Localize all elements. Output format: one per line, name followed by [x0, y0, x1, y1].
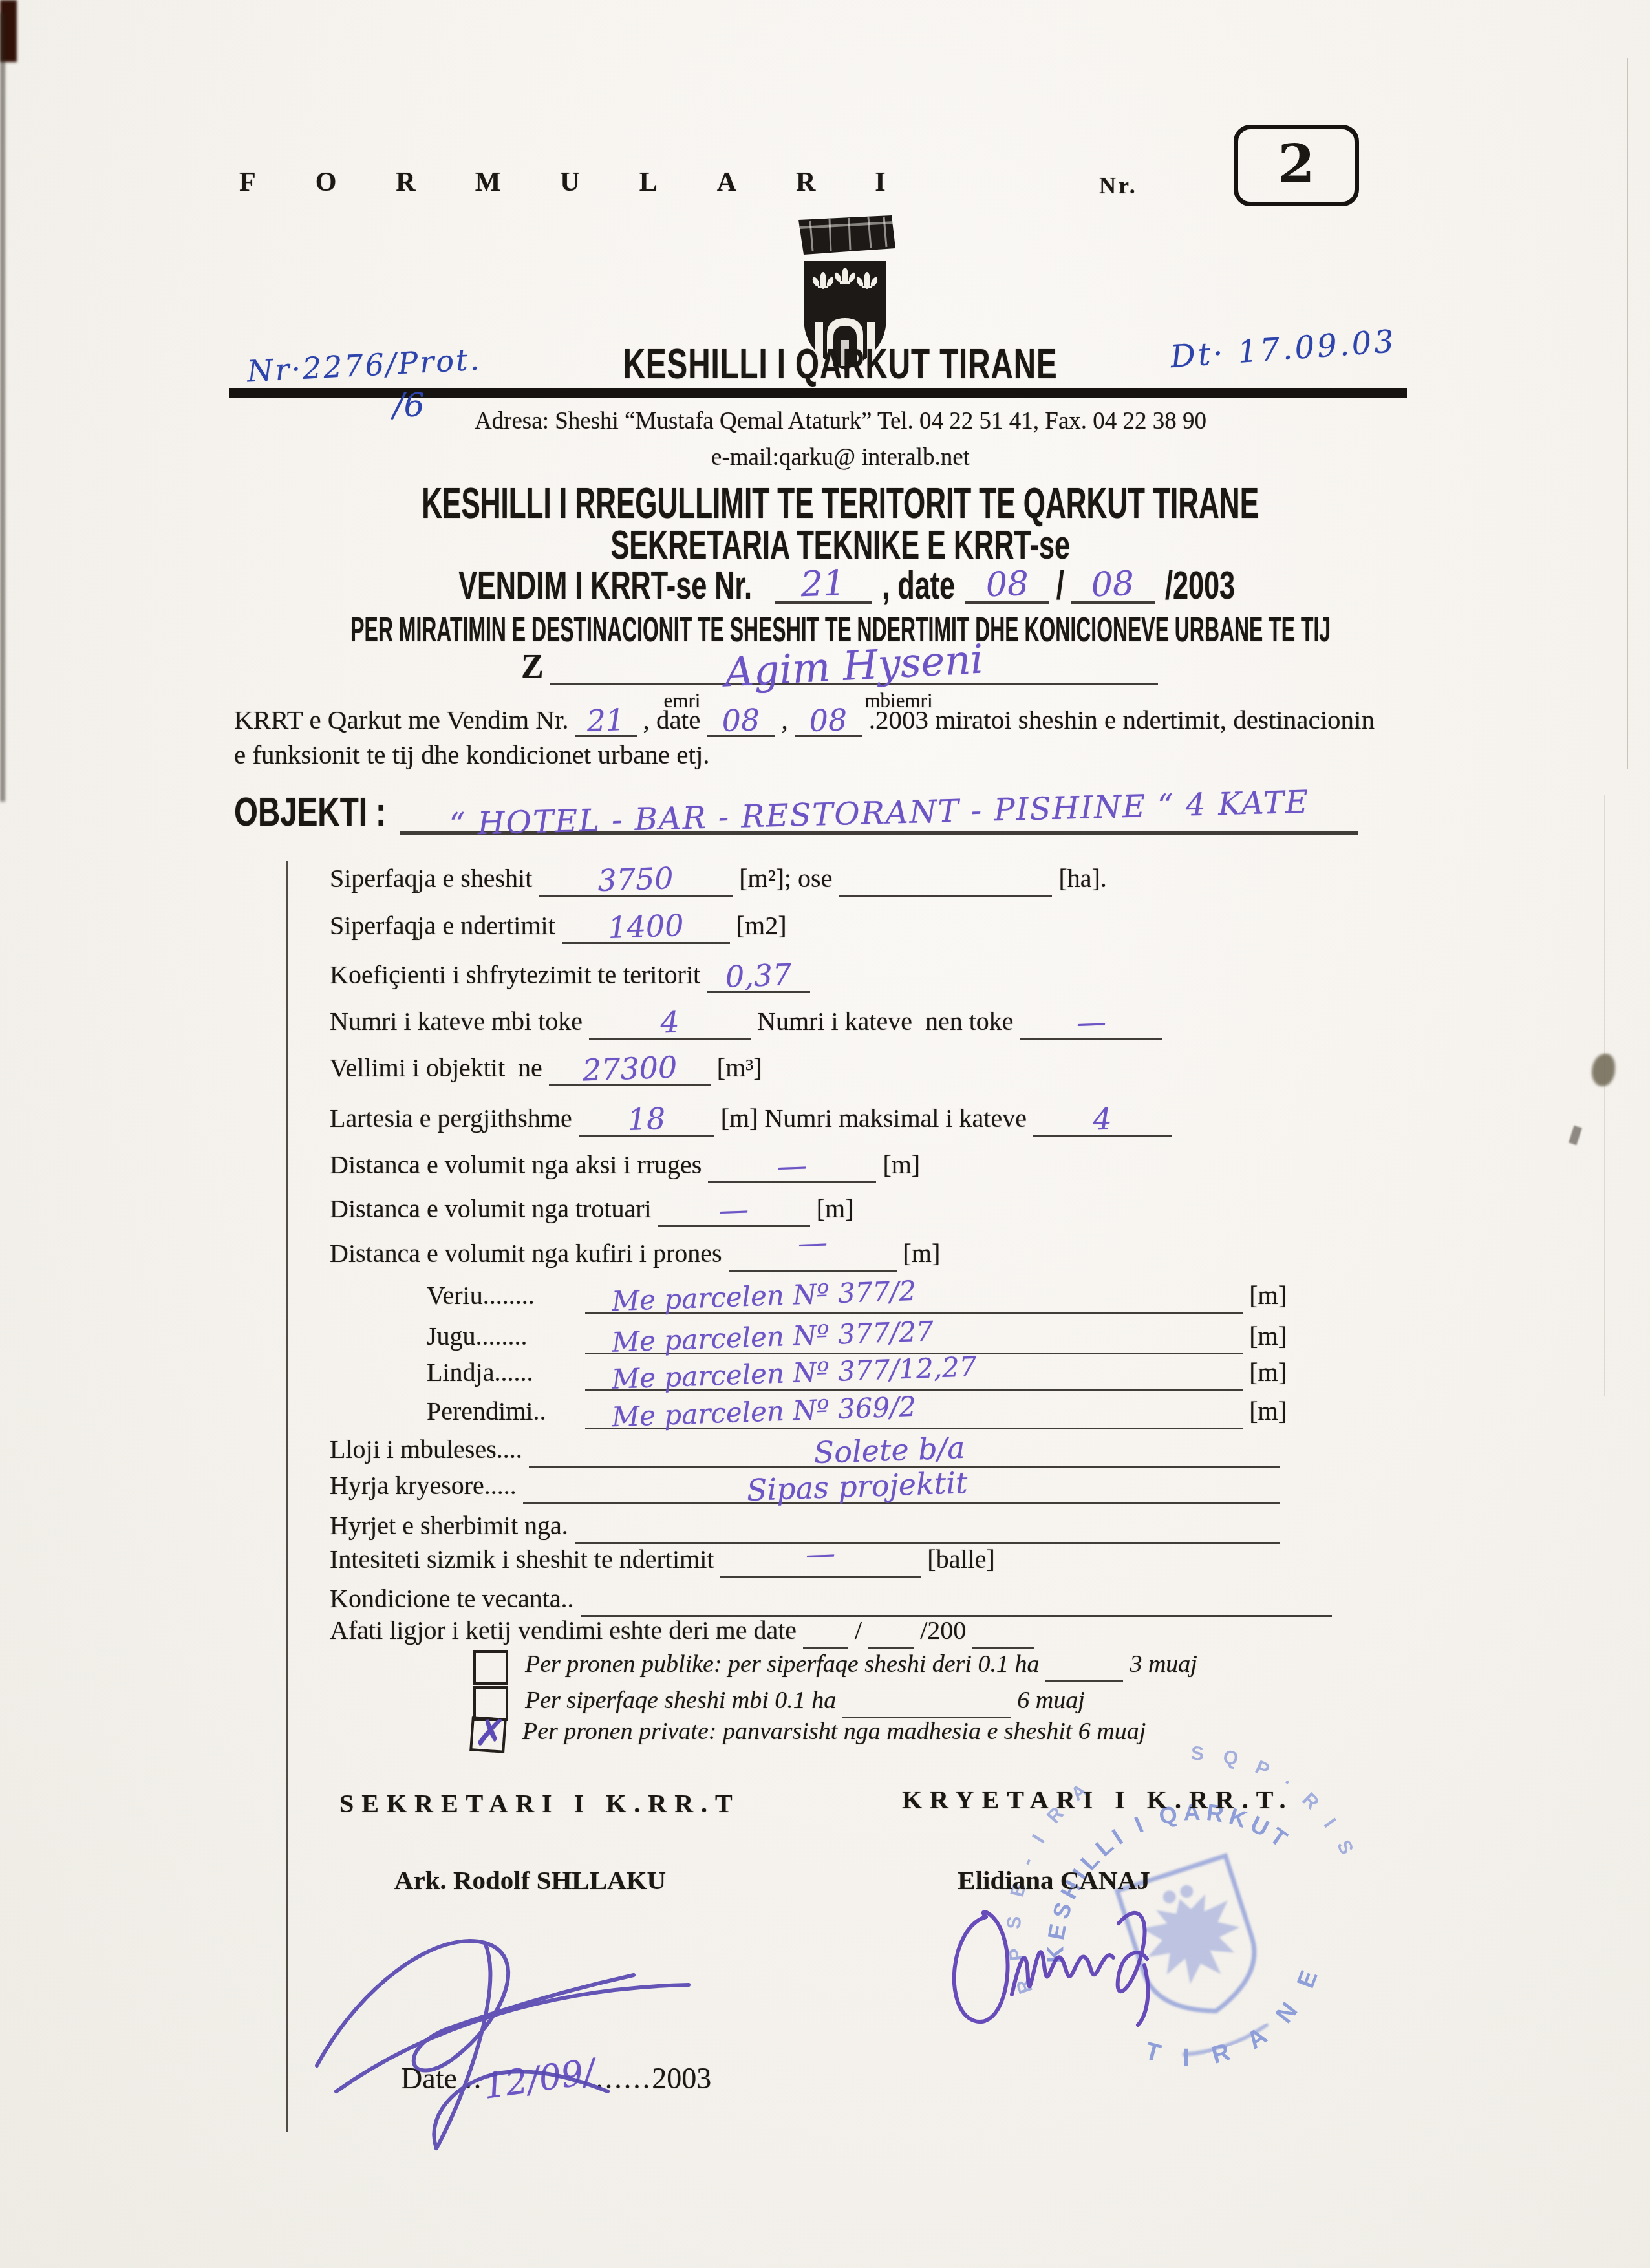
- intro-b: , date: [643, 702, 701, 737]
- blank-line: [803, 1616, 848, 1649]
- vendim-d2-value: 08: [1091, 564, 1135, 604]
- checkbox-publike: [473, 1650, 508, 1685]
- field-label: Afati ligjor i ketij vendimi eshte deri …: [330, 1612, 797, 1649]
- krrt-heading-2: SEKRETARIA TEKNIKE E KRRT-se: [31, 528, 1650, 563]
- field-label: Distanca e volumit nga kufiri i prones: [330, 1236, 722, 1272]
- handwritten-value: 0,37: [725, 956, 792, 995]
- form-number-box: 2: [1234, 125, 1359, 206]
- field-suffix: [m]: [817, 1191, 854, 1227]
- blank-line: —: [729, 1239, 897, 1272]
- objekti-line: “ HOTEL - BAR - RESTORANT - PISHINE “ 4 …: [400, 794, 1358, 835]
- formulari-label: FORMULARI: [239, 167, 945, 197]
- vendim-year: /2003: [1165, 563, 1235, 608]
- person-name-value: Agim Hyseni: [723, 641, 984, 691]
- blank-line: —: [1020, 1007, 1162, 1040]
- field-label: Vellimi i objektit ne: [330, 1050, 542, 1086]
- field-label: Hyrjet e sherbimit nga.: [330, 1508, 568, 1544]
- vendim-mid: , date: [882, 563, 955, 608]
- handwritten-value: 4: [659, 1004, 680, 1041]
- person-prefix: Z: [521, 649, 544, 685]
- scan-artifact-left-edge: [0, 13, 5, 802]
- field-label: Veriu........: [427, 1278, 579, 1314]
- field-label: Jugu........: [427, 1318, 579, 1354]
- blank-line: Me parcelen Nº 369/2: [585, 1396, 1243, 1429]
- field-sep: /200: [920, 1612, 966, 1649]
- field-label: Koefiçienti i shfrytezimit te teritorit: [330, 957, 700, 993]
- address-line: Adresa: Sheshi “Mustafa Qemal Ataturk” T…: [31, 407, 1650, 435]
- field-row-aksi-rruges: Distanca e volumit nga aksi i rruges — […: [330, 1147, 920, 1183]
- intro-d2-value: 08: [809, 702, 848, 738]
- vendim-line: VENDIM I KRRT-se Nr. 21 , date 08 / 08 /…: [31, 568, 1650, 604]
- field-row-siperfaqja-ndertimit: Siperfaqja e ndertimit 1400 [m2]: [330, 908, 787, 944]
- blank-line: [839, 864, 1052, 897]
- checkbox-row-publike: Per pronen publike: per siperfaqe sheshi…: [473, 1646, 1197, 1682]
- field-label: Siperfaqja e sheshit: [330, 861, 532, 897]
- field-suffix: [m]: [1249, 1393, 1287, 1429]
- field-label: Intesiteti sizmik i sheshit te ndertimit: [330, 1541, 714, 1578]
- field-label: Distanca e volumit nga trotuari: [330, 1191, 652, 1227]
- scan-artifact-right-line-2: [1604, 795, 1605, 1396]
- vendim-subject: PER MIRATIMIN E DESTINACIONIT TE SHESHIT…: [31, 614, 1650, 646]
- field-sep: /: [855, 1612, 862, 1649]
- blank-line: [868, 1616, 914, 1649]
- scan-artifact-mark: [1569, 1126, 1582, 1146]
- field-label: Lloji i mbuleses....: [330, 1431, 522, 1468]
- field-row-lartesia: Lartesia e pergjithshme 18 [m] Numri mak…: [330, 1100, 1179, 1137]
- blank-line: —: [658, 1194, 810, 1227]
- field-row-lloji-mbuleses: Lloji i mbuleses.... Solete b/a: [330, 1431, 1287, 1468]
- blank-line: —: [708, 1150, 876, 1183]
- checkbox-private-checked: ✗: [469, 1716, 507, 1753]
- field-label-2: Numri i kateve nen toke: [757, 1003, 1014, 1040]
- field-label-2: [m] Numri maksimal i kateve: [721, 1100, 1027, 1137]
- field-label: Siperfaqja e ndertimit: [330, 908, 555, 944]
- vendim-d1-value: 08: [985, 564, 1029, 604]
- field-row-trotuari: Distanca e volumit nga trotuari — [m]: [330, 1191, 853, 1227]
- field-row-intesiteti-sizmik: Intesiteti sizmik i sheshit te ndertimit…: [330, 1541, 995, 1578]
- intro-d1-line: 08: [707, 707, 775, 737]
- field-row-vellimi: Vellimi i objektit ne 27300 [m³]: [330, 1050, 762, 1086]
- field-suffix: [balle]: [927, 1541, 994, 1578]
- vendim-prefix: VENDIM I KRRT-se Nr.: [458, 563, 752, 608]
- checkbox-label: Per pronen publike: per siperfaqe sheshi…: [525, 1646, 1039, 1682]
- field-suffix: [ha].: [1058, 861, 1106, 897]
- field-suffix: [m]: [1249, 1278, 1287, 1314]
- field-row-kondicione: Kondicione te vecanta..: [330, 1581, 1338, 1617]
- handwritten-value: 4: [1093, 1101, 1113, 1138]
- scanned-form-page: FORMULARI Nr. 2 Nr·2276/Prot. /6: [0, 0, 1650, 2268]
- field-label: Perendimi..: [427, 1393, 579, 1429]
- field-label: Hyrja kryesore.....: [330, 1468, 517, 1504]
- field-label: Kondicione te vecanta..: [330, 1581, 574, 1617]
- handwritten-value: —: [718, 1191, 749, 1228]
- scan-artifact-smudge: [1592, 1054, 1615, 1086]
- handwritten-value: Me parcelen Nº 369/2: [611, 1389, 917, 1435]
- field-label: Distanca e volumit nga aksi i rruges: [330, 1147, 702, 1183]
- handwritten-value: —: [1076, 1003, 1107, 1041]
- intro-d2-line: 08: [795, 707, 862, 737]
- handwritten-value: 1400: [607, 907, 684, 946]
- blank-line: Solete b/a: [529, 1435, 1280, 1468]
- blank-line: 0,37: [707, 960, 810, 993]
- secretary-signature: [272, 1878, 724, 2169]
- field-row-kateve: Numri i kateve mbi toke 4 Numri i kateve…: [330, 1003, 1169, 1040]
- blank-line: Sipas projektit: [523, 1471, 1280, 1504]
- vendim-d2-line: 08: [1071, 568, 1155, 604]
- email-line: e-mail:qarku@ interalb.net: [31, 444, 1650, 471]
- objekti-row: OBJEKTI : “ HOTEL - BAR - RESTORANT - PI…: [234, 794, 1364, 835]
- field-row-afati-ligjor: Afati ligjor i ketij vendimi eshte deri …: [330, 1612, 1040, 1649]
- field-row-siperfaqja-sheshit: Siperfaqja e sheshit 3750 [m²]; ose [ha]…: [330, 861, 1107, 897]
- field-row-hyrja-kryesore: Hyrja kryesore..... Sipas projektit: [330, 1468, 1287, 1504]
- blank-line: Me parcelen Nº 377/2: [585, 1281, 1243, 1314]
- formulari-nr-label: Nr.: [1099, 172, 1138, 199]
- handwritten-value: 18: [627, 1100, 665, 1138]
- intro-c: ,: [781, 702, 787, 737]
- blank-line: 4: [589, 1007, 751, 1040]
- handwritten-value: 3750: [597, 860, 674, 899]
- handwritten-value: Me parcelen Nº 377/2: [611, 1273, 917, 1320]
- field-label: Lartesia e pergjithshme: [330, 1100, 572, 1137]
- handwritten-protocol-suffix: /6: [393, 387, 425, 424]
- person-row: Z Agim Hyseni: [521, 648, 1164, 685]
- checkbox-suffix: 3 muaj: [1130, 1646, 1197, 1682]
- field-label: Numri i kateve mbi toke: [330, 1003, 583, 1040]
- vendim-d1-line: 08: [965, 568, 1049, 604]
- intro-d1-value: 08: [722, 702, 760, 738]
- objekti-value: “ HOTEL - BAR - RESTORANT - PISHINE “ 4 …: [449, 784, 1309, 843]
- handwritten-value: —: [777, 1147, 808, 1184]
- handwritten-value: —: [797, 1224, 828, 1261]
- field-row-jugu: Jugu........ Me parcelen Nº 377/27 [m]: [427, 1318, 1287, 1354]
- blank-line: 3750: [539, 864, 733, 897]
- person-name-line: Agim Hyseni: [550, 648, 1158, 685]
- intro-nr-value: 21: [586, 702, 625, 738]
- form-number: 2: [1278, 133, 1314, 195]
- intro-a: KRRT e Qarkut me Vendim Nr.: [234, 702, 569, 737]
- formulari-heading: FORMULARI: [239, 167, 945, 198]
- field-suffix: [m]: [1249, 1318, 1287, 1354]
- council-title: KESHILLI I QARKUT TIRANE: [31, 345, 1650, 383]
- field-suffix: [m]: [1249, 1354, 1287, 1391]
- intro-d: .2003 miratoi sheshin e ndertimit, desti…: [869, 702, 1375, 737]
- intro-line2: e funksionit te tij dhe kondicionet urba…: [234, 740, 710, 769]
- field-suffix: [m]: [903, 1236, 941, 1272]
- chairman-signature: [925, 1856, 1228, 2082]
- field-suffix: [m]: [883, 1147, 920, 1183]
- vendim-nr-value: 21: [800, 562, 846, 604]
- krrt-heading-1: KESHILLI I RREGULLIMIT TE TERITORIT TE Q…: [31, 485, 1650, 522]
- checkbox-mark: ✗: [473, 1714, 507, 1752]
- blank-line: Me parcelen Nº 377/27: [585, 1321, 1243, 1354]
- intro-paragraph: KRRT e Qarkut me Vendim Nr. 21 , date 08…: [234, 702, 1462, 772]
- handwritten-value: Me parcelen Nº 377/12,27: [611, 1349, 977, 1398]
- blank-line: Me parcelen Nº 377/12,27: [585, 1358, 1243, 1391]
- intro-nr-line: 21: [575, 707, 637, 737]
- blank-line: [575, 1511, 1280, 1544]
- field-row-koeficienti: Koefiçienti i shfrytezimit te teritorit …: [330, 957, 817, 993]
- blank-line: [972, 1616, 1034, 1649]
- field-suffix: [m2]: [736, 908, 787, 944]
- field-suffix: [m³]: [717, 1050, 762, 1086]
- field-row-kufiri-prones: Distanca e volumit nga kufiri i prones —…: [330, 1236, 940, 1272]
- blank-line: 18: [579, 1104, 714, 1137]
- blank-line: —: [720, 1545, 921, 1578]
- chairman-title: KRYETARI I K.RR.T.: [902, 1784, 1293, 1815]
- blank-line: [1045, 1654, 1123, 1682]
- objekti-label: OBJEKTI :: [234, 789, 386, 835]
- handwritten-value: Sipas projektit: [746, 1464, 968, 1508]
- blank-line: 27300: [549, 1053, 711, 1086]
- handwritten-value: —: [805, 1535, 836, 1572]
- blank-line: 1400: [562, 911, 730, 944]
- blank-line: 4: [1033, 1104, 1172, 1137]
- field-suffix: [m²]; ose: [739, 861, 832, 897]
- vendim-nr-line: 21: [775, 568, 872, 604]
- secretary-title: SEKRETARI I K.RR.T: [339, 1788, 740, 1819]
- field-row-veriu: Veriu........ Me parcelen Nº 377/2 [m]: [427, 1278, 1287, 1314]
- field-row-perendimi: Perendimi.. Me parcelen Nº 369/2 [m]: [427, 1393, 1287, 1429]
- handwritten-value: 27300: [582, 1049, 678, 1088]
- vendim-sep: /: [1056, 563, 1064, 608]
- field-label: Lindja......: [427, 1354, 579, 1391]
- field-row-lindja: Lindja...... Me parcelen Nº 377/12,27 [m…: [427, 1354, 1287, 1391]
